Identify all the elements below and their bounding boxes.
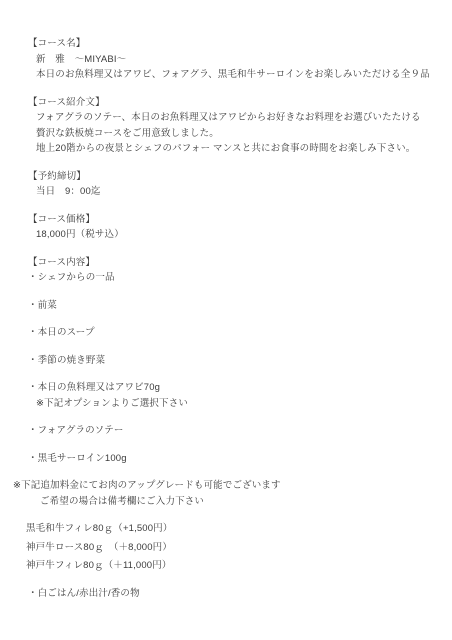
course-menu-document: 【コース名】新 雅 ～MIYABI～本日のお魚料理又はアワビ、フォアグラ、黒毛和…	[0, 0, 452, 640]
text-line: 18,000円（税サ込）	[13, 227, 444, 243]
text-line: ※下記オプションよりご選択下さい	[13, 396, 444, 412]
section-heading: 【予約締切】	[13, 169, 444, 185]
text-line: 本日のお魚料理又はアワビ、フォアグラ、黒毛和牛サーロインをお楽しみいただける全９…	[13, 67, 444, 83]
text-line: 神戸牛フィレ80ｇ（＋11,000円）	[13, 558, 444, 574]
section-heading: 【コース価格】	[13, 212, 444, 228]
text-line: ※下記追加料金にてお肉のアップグレードも可能でございます	[13, 478, 444, 494]
text-line: ご希望の場合は備考欄にご入力下さい	[13, 494, 444, 510]
section-heading: 【コース紹介文】	[13, 95, 444, 111]
text-line: フォアグラのソテー、本日のお魚料理又はアワビからお好きなお料理をお選びいたたける	[13, 110, 444, 126]
text-line: ・前菜	[13, 298, 444, 314]
text-line: ・フォアグラのソテー	[13, 423, 444, 439]
text-line: ・黒毛サーロイン100g	[13, 451, 444, 467]
text-line: 当日 9：00迄	[13, 184, 444, 200]
text-line: ・本日のスープ	[13, 325, 444, 341]
text-line: ・シェフからの一品	[13, 270, 444, 286]
text-line: ・季節の焼き野菜	[13, 353, 444, 369]
text-line: 贅沢な鉄板焼コースをご用意致しました。	[13, 126, 444, 142]
text-line: ・白ごはん/赤出汁/香の物	[13, 586, 444, 602]
text-line: ・本日の魚料理又はアワビ70g	[13, 380, 444, 396]
text-line: 地上20階からの夜景とシェフのパフォー マンスと共にお食事の時間をお楽しみ下さい…	[13, 141, 444, 157]
document-lines: 【コース名】新 雅 ～MIYABI～本日のお魚料理又はアワビ、フォアグラ、黒毛和…	[13, 36, 444, 601]
text-line: 神戸牛ロース80ｇ （＋8,000円）	[13, 540, 444, 556]
text-line: 新 雅 ～MIYABI～	[13, 52, 444, 68]
text-line: 黒毛和牛フィレ80ｇ（+1,500円）	[13, 521, 444, 537]
section-heading: 【コース内容】	[13, 255, 444, 271]
section-heading: 【コース名】	[13, 36, 444, 52]
